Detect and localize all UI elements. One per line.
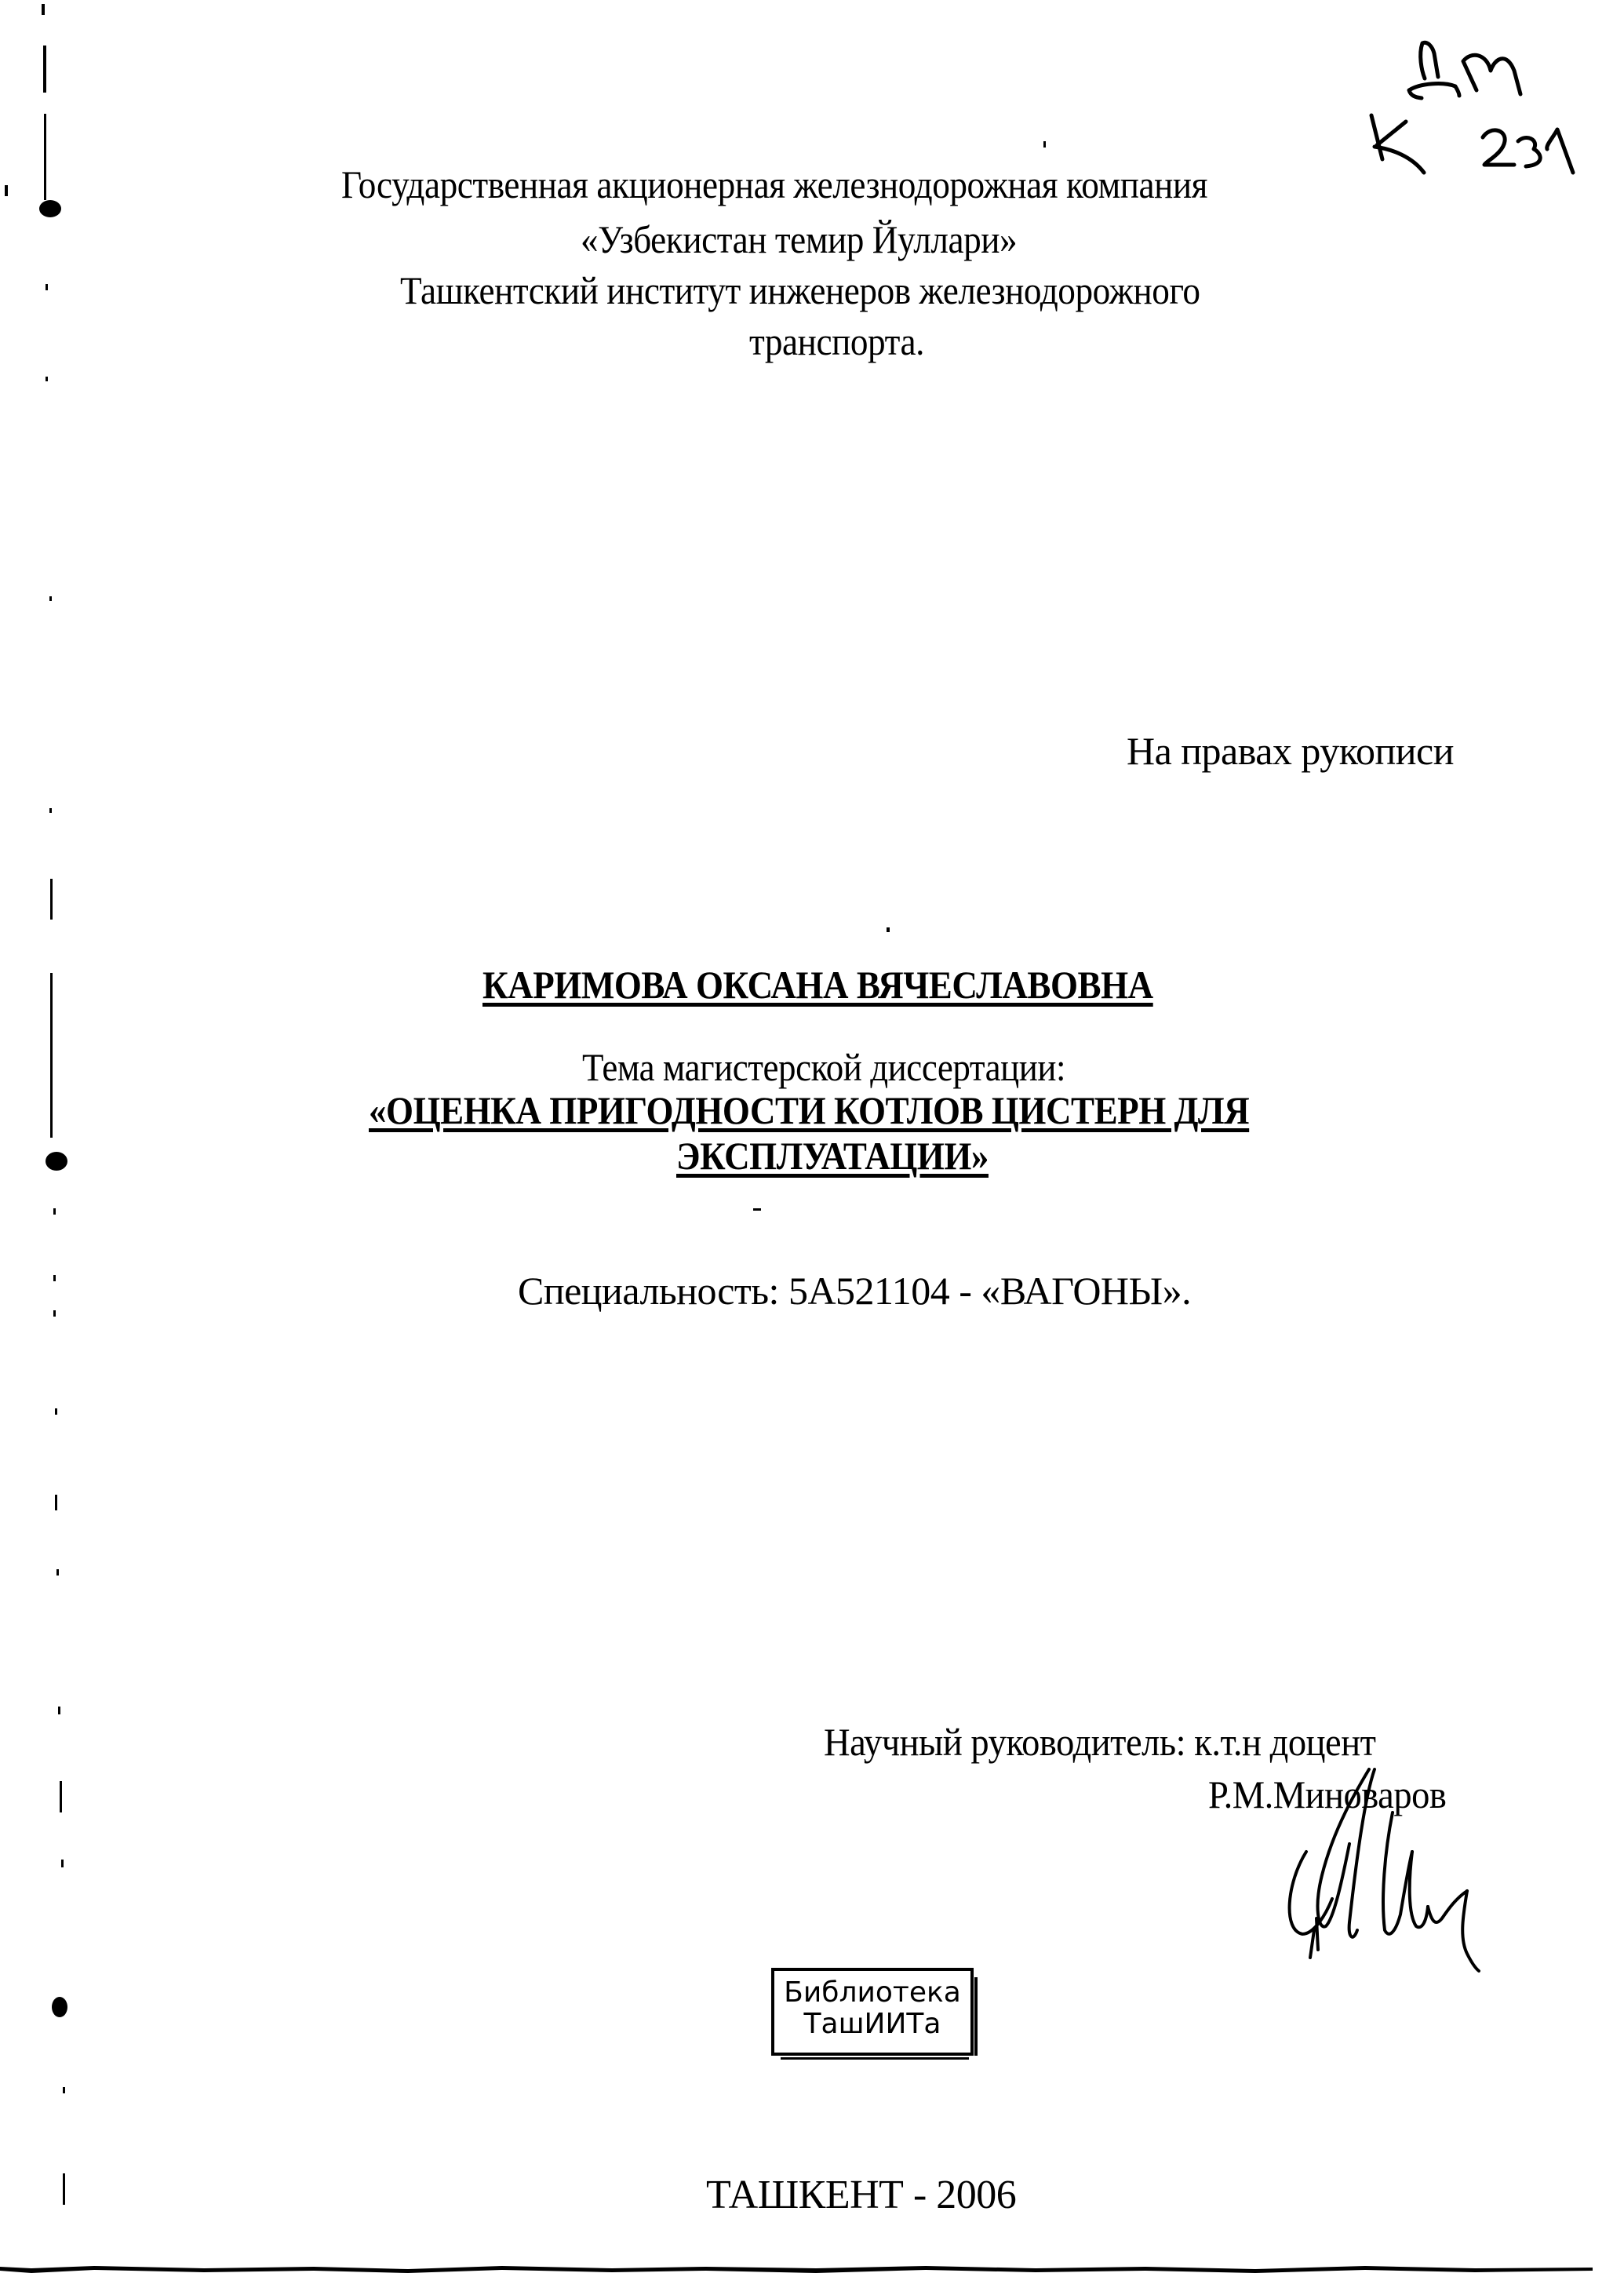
- scan-blob: [46, 1152, 67, 1171]
- stamp-line2: ТашИИТа: [774, 2009, 970, 2040]
- scan-mark: [55, 1408, 57, 1415]
- dissertation-title-line2: ЭКСПЛУАТАЦИИ»: [676, 1136, 989, 1175]
- speciality: Специальность: 5А521104 - «ВАГОНЫ».: [518, 1271, 1191, 1310]
- scan-mark: [58, 1707, 60, 1714]
- topic-label: Тема магистерской диссертации:: [582, 1047, 1065, 1087]
- scan-mark: [50, 879, 53, 920]
- scan-mark: [56, 1569, 59, 1576]
- scan-mark: [53, 1275, 56, 1281]
- library-stamp: Библиотека ТашИИТа: [771, 1968, 974, 2056]
- scan-mark: [63, 2173, 65, 2205]
- scan-blob: [52, 1997, 67, 2017]
- scan-speck: [753, 1208, 761, 1211]
- scan-mark: [5, 185, 8, 196]
- scan-mark: [63, 2087, 65, 2093]
- scan-mark: [46, 377, 48, 381]
- scan-mark: [61, 1860, 64, 1867]
- city-year: ТАШКЕНТ - 2006: [706, 2175, 1016, 2216]
- scan-mark: [55, 1495, 57, 1510]
- handwritten-archive-mark: [1334, 16, 1624, 196]
- scan-speck: [1043, 141, 1046, 148]
- scan-mark: [49, 808, 52, 813]
- scan-mark: [43, 46, 46, 93]
- organization-name-line2: «Узбекистан темир Йуллари»: [581, 220, 1017, 259]
- institute-name-line1: Ташкентский институт инженеров железнодо…: [400, 271, 1200, 310]
- scan-mark: [46, 284, 48, 290]
- scan-mark: [49, 596, 52, 601]
- signature: [1240, 1765, 1522, 1985]
- scan-mark: [50, 973, 53, 1138]
- organization-name-line1: Государственная акционерная железнодорож…: [341, 165, 1207, 204]
- supervisor-label: Научный руководитель: к.т.н доцент: [824, 1722, 1376, 1761]
- scan-mark: [42, 4, 45, 15]
- scan-mark: [53, 1208, 56, 1215]
- author-name: КАРИМОВА ОКСАНА ВЯЧЕСЛАВОВНА: [482, 965, 1153, 1004]
- institute-name-line2: транспорта.: [749, 322, 924, 361]
- scan-mark: [53, 1310, 56, 1317]
- scan-mark: [60, 1781, 62, 1812]
- scan-blob: [39, 200, 61, 217]
- scan-mark: [44, 114, 46, 200]
- scan-speck: [887, 927, 890, 932]
- stamp-line1: Библиотека: [774, 1977, 970, 2009]
- scan-bottom-edge: [0, 2264, 1593, 2275]
- dissertation-title-line1: «ОЦЕНКА ПРИГОДНОСТИ КОТЛОВ ЦИСТЕРН ДЛЯ: [369, 1091, 1249, 1130]
- scanned-page: Государственная акционерная железнодорож…: [0, 0, 1624, 2295]
- rights-note: На правах рукописи: [1127, 731, 1454, 770]
